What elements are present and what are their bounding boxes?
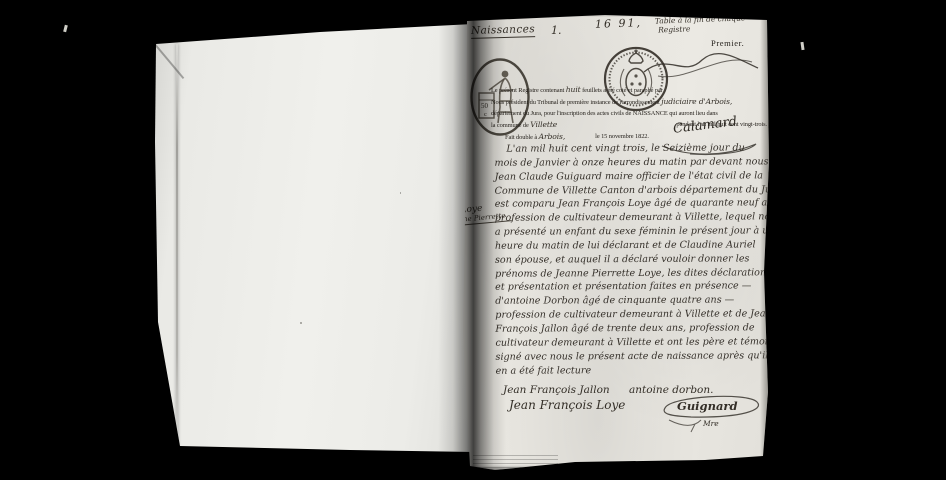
act-line: et présentation et présentation faites e… — [495, 280, 775, 295]
insert-place-made: Arbois, — [539, 132, 566, 141]
insert-folio-count: huit — [566, 85, 581, 94]
act-line: son épouse, et auquel il a déclaré voulo… — [495, 252, 775, 267]
act-line: signé avec nous le présent acte de naiss… — [495, 349, 775, 364]
page-edge-shadow-right — [760, 12, 773, 474]
act-line: cultivateur demeurant à Villette et ont … — [495, 335, 775, 350]
act-line: L'an mil huit cent vingt trois, le Seizi… — [494, 141, 774, 156]
table-note: Table à la fin de chaque Registre — [655, 13, 746, 34]
film-speck — [63, 25, 68, 33]
act-line: profession de cultivateur demeurant à Vi… — [495, 210, 775, 225]
fiscal-stamp-unit: c — [484, 111, 487, 118]
certification-text: Le présent Registre contenant huit feuil… — [491, 84, 767, 143]
act-line: prénoms de Jeanne Pierrette Loye, les di… — [495, 266, 775, 281]
act-line: profession de cultivateur demeurant à Vi… — [495, 307, 775, 322]
table-note-line2: Registre — [658, 22, 746, 34]
act-line: mois de Janvier à onze heures du matin p… — [494, 155, 774, 170]
insert-arrondissement: judiciaire d'Arbois, — [661, 97, 732, 106]
act-line: en a été fait lecture — [496, 363, 776, 378]
act-line: François Jallon âgé de trente deux ans, … — [495, 321, 775, 336]
signature-officer: Guignard — [677, 399, 738, 413]
act-line: Commune de Villette Canton d'arbois dépa… — [495, 183, 775, 198]
act-line: heure du matin de lui déclarant et de Cl… — [495, 238, 775, 253]
act-number: 1. — [551, 24, 562, 37]
signature-father: Jean François Loye — [509, 398, 625, 412]
left-page — [150, 22, 476, 460]
fiscal-stamp-value: 50 — [481, 102, 489, 110]
act-line: d'antoine Dorbon âgé de cinquante quatre… — [495, 294, 775, 309]
film-speck — [800, 42, 804, 50]
page-block-striations — [473, 455, 558, 468]
page-edge-shadow-top — [455, 12, 773, 17]
dust-speck — [400, 192, 401, 194]
act-line: a présenté un enfant du sexe féminin le … — [495, 224, 775, 239]
page-crease — [176, 44, 178, 458]
volume-label: Premier. — [711, 38, 744, 48]
act-line: est comparu Jean François Loye âgé de qu… — [495, 197, 775, 212]
officer-signature-group: Guignard Mre — [651, 390, 767, 434]
right-page: Naissances 1. 16 91, Table à la fin de c… — [455, 12, 773, 474]
signature-witness1: Jean François Jallon — [503, 384, 610, 396]
certification-line1: Le présent Registre contenant huit feuil… — [491, 84, 767, 96]
act-line: Jean Claude Guiguard maire officier de l… — [495, 169, 775, 184]
certification-line2: Nous président du Tribunal de première i… — [491, 96, 767, 108]
insert-commune: Villette — [530, 120, 557, 129]
folio-number: 16 91, — [595, 16, 642, 31]
dust-speck — [300, 322, 302, 324]
corner-fold — [154, 44, 184, 79]
register-scan: Naissances 1. 16 91, Table à la fin de c… — [0, 0, 946, 480]
act-body-text: L'an mil huit cent vingt trois, le Seizi… — [494, 141, 775, 378]
officer-title: Mre — [703, 419, 719, 428]
register-type-label: Naissances — [471, 23, 535, 39]
